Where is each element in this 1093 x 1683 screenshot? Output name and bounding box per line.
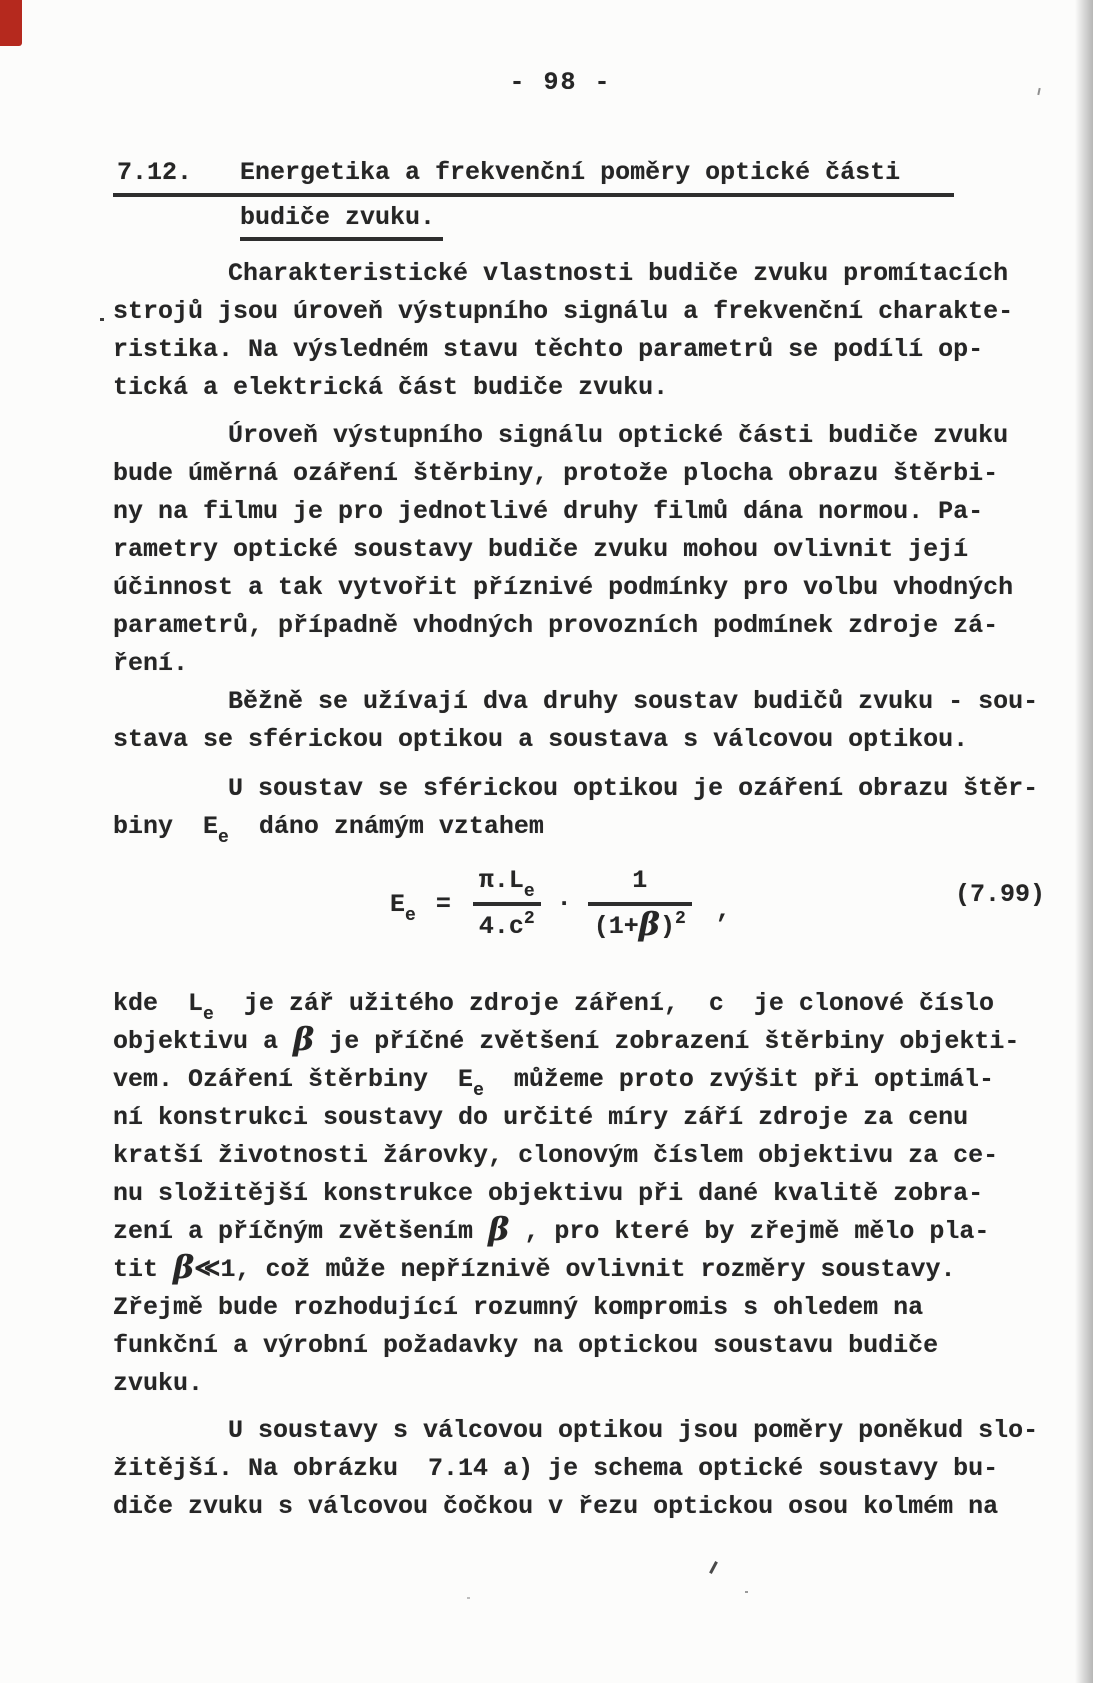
equals-sign: = bbox=[436, 890, 451, 919]
paragraph-group-upper: Charakteristické vlastnosti budiče zvuku… bbox=[113, 255, 1033, 846]
text-line: U soustavy s válcovou optikou jsou poměr… bbox=[113, 1412, 1033, 1450]
fraction-second: 1 (1+β)2 bbox=[588, 860, 692, 948]
formula-equation: Ee = π.Le 4.c2 . 1 (1+β)2 , (7.99) bbox=[113, 860, 1033, 948]
section-title: Energetika a frekvenční poměry optické č… bbox=[240, 160, 900, 186]
fraction-second-numerator: 1 bbox=[626, 860, 653, 902]
page-number: - 98 - bbox=[14, 64, 1093, 102]
text-line: kde Le je zář užitého zdroje záření, c j… bbox=[113, 985, 1033, 1023]
fraction-first: π.Le 4.c2 bbox=[473, 860, 541, 948]
dust-mark bbox=[745, 1591, 748, 1593]
text-line: diče zvuku s válcovou čočkou v řezu opti… bbox=[113, 1488, 1033, 1526]
text-line: ristika. Na výsledném stavu těchto param… bbox=[113, 331, 1033, 369]
paragraph: Úroveň výstupního signálu optické části … bbox=[113, 417, 1033, 683]
fraction-first-denominator: 4.c2 bbox=[473, 902, 541, 948]
text-line: zvuku. bbox=[113, 1365, 1033, 1403]
text-line: žitější. Na obrázku 7.14 a) je schema op… bbox=[113, 1450, 1033, 1488]
paragraph-group-lower: kde Le je zář užitého zdroje záření, c j… bbox=[113, 985, 1033, 1526]
text-line: objektivu a β je příčné zvětšení zobraze… bbox=[113, 1023, 1033, 1061]
text-line: účinnost a tak vytvořit příznivé podmínk… bbox=[113, 569, 1033, 607]
beta-symbol: β bbox=[639, 905, 660, 943]
text-line: Zřejmě bude rozhodující rozumný kompromi… bbox=[113, 1289, 1033, 1327]
text-line: funkční a výrobní požadavky na optickou … bbox=[113, 1327, 1033, 1365]
text-line: Úroveň výstupního signálu optické části … bbox=[113, 417, 1033, 455]
text-line: nu složitější konstrukce objektivu při d… bbox=[113, 1175, 1033, 1213]
equation-number: (7.99) bbox=[955, 880, 1045, 909]
document-body: Charakteristické vlastnosti budiče zvuku… bbox=[113, 255, 1033, 1526]
section-title-continued: budiče zvuku. bbox=[240, 205, 443, 241]
text-line: U soustav se sférickou optikou je ozářen… bbox=[113, 770, 1033, 808]
paragraph: U soustav se sférickou optikou je ozářen… bbox=[113, 770, 1033, 846]
text-line: tická a elektrická část budiče zvuku. bbox=[113, 369, 1033, 407]
text-line: rametry optické soustavy budiče zvuku mo… bbox=[113, 531, 1033, 569]
text-line: biny Ee dáno známým vztahem bbox=[113, 808, 1033, 846]
text-line: strojů jsou úroveň výstupního signálu a … bbox=[113, 293, 1033, 331]
text-line: bude úměrná ozáření štěrbiny, protože pl… bbox=[113, 455, 1033, 493]
text-line: Charakteristické vlastnosti budiče zvuku… bbox=[113, 255, 1033, 293]
scanned-document-page: - 98 - 7.12. Energetika a frekvenční pom… bbox=[0, 0, 1093, 1683]
section-number: 7.12. bbox=[117, 160, 192, 186]
text-line: kratší životnosti žárovky, clonovým čísl… bbox=[113, 1137, 1033, 1175]
text-line: stava se sférickou optikou a soustava s … bbox=[113, 721, 1033, 759]
text-line: ní konstrukci soustavy do určité míry zá… bbox=[113, 1099, 1033, 1137]
dust-mark bbox=[709, 1561, 718, 1574]
formula-lhs: Ee bbox=[390, 890, 416, 919]
text-line: vem. Ozáření štěrbiny Ee můžeme proto zv… bbox=[113, 1061, 1033, 1099]
text-line: ření. bbox=[113, 645, 1033, 683]
text-line: Běžně se užívají dva druhy soustav budič… bbox=[113, 683, 1033, 721]
paragraph: Běžně se užívají dva druhy soustav budič… bbox=[113, 683, 1033, 759]
dust-mark bbox=[467, 1597, 470, 1599]
text-line: ny na filmu je pro jednotlivé druhy film… bbox=[113, 493, 1033, 531]
section-heading-line1: 7.12. Energetika a frekvenční poměry opt… bbox=[113, 160, 954, 197]
multiplication-dot: . bbox=[557, 884, 572, 913]
formula-block: Ee = π.Le 4.c2 . 1 (1+β)2 , (7.99) bbox=[113, 860, 1033, 946]
fraction-first-numerator: π.Le bbox=[473, 860, 541, 902]
formula-comma: , bbox=[716, 896, 731, 925]
text-line: parametrů, případně vhodných provozních … bbox=[113, 607, 1033, 645]
paragraph: Charakteristické vlastnosti budiče zvuku… bbox=[113, 255, 1033, 407]
red-corner-mark bbox=[0, 0, 22, 46]
section-heading: 7.12. Energetika a frekvenční poměry opt… bbox=[113, 160, 1093, 241]
right-scan-shadow bbox=[1075, 0, 1093, 1683]
fraction-second-denominator: (1+β)2 bbox=[588, 902, 692, 948]
text-line: tit β≪1, což může nepříznivě ovlivnit ro… bbox=[113, 1251, 1033, 1289]
text-line: zení a příčným zvětšením β , pro které b… bbox=[113, 1213, 1033, 1251]
paragraph: kde Le je zář užitého zdroje záření, c j… bbox=[113, 985, 1033, 1403]
dust-mark bbox=[100, 318, 104, 321]
paragraph: U soustavy s válcovou optikou jsou poměr… bbox=[113, 1412, 1033, 1526]
